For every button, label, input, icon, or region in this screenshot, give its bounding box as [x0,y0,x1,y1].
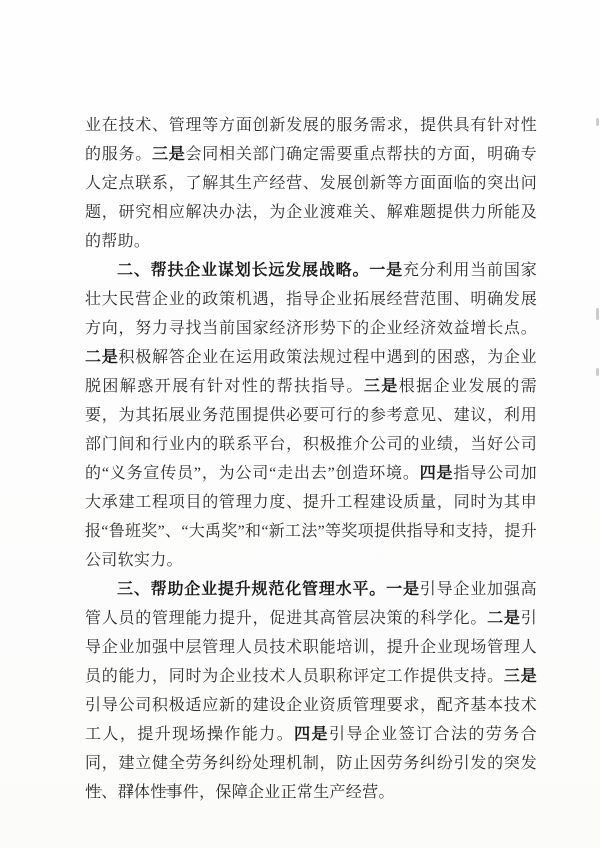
document-page: 业在技术、管理等方面创新发展的服务需求，提供具有针对性的服务。三是会同相关部门确… [0,0,600,848]
bold-run: 四是 [420,465,454,482]
bold-run: 四是 [294,726,329,743]
bold-run: 三是 [364,378,399,395]
bold-run: 三是 [152,146,186,163]
scan-artifact [596,368,599,376]
paragraph: 三、帮助企业提升规范化管理水平。一是引导企业加强高管人员的管理能力提升，促进其高… [85,575,537,807]
bold-run: 二是 [487,610,521,627]
bold-run: 二是 [85,349,119,366]
scan-artifact [596,308,599,320]
paragraph: 业在技术、管理等方面创新发展的服务需求，提供具有针对性的服务。三是会同相关部门确… [85,111,537,256]
bold-run: 二、帮扶企业谋划长远发展战略。一是 [117,262,403,279]
bold-run: 三、帮助企业提升规范化管理水平。一是 [117,581,420,598]
document-body: 业在技术、管理等方面创新发展的服务需求，提供具有针对性的服务。三是会同相关部门确… [85,111,537,807]
bold-run: 三是 [504,668,537,685]
paragraph: 二、帮扶企业谋划长远发展战略。一是充分利用当前国家壮大民营企业的政策机遇，指导企… [85,256,537,575]
page-number: — 2 — [88,782,179,798]
scan-artifact [596,118,599,126]
